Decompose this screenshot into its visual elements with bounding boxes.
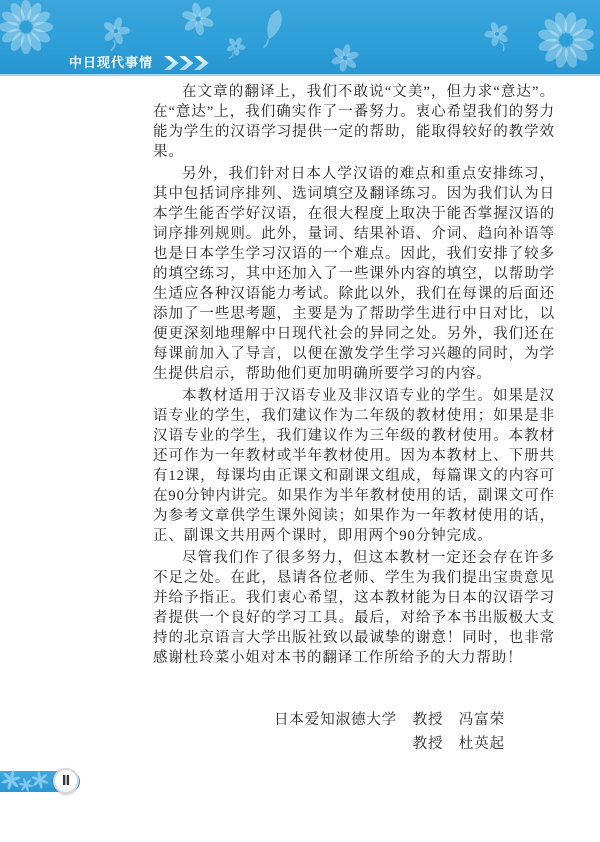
preface-paragraph: 尽管我们作了很多努力，但这本教材一定还会存在许多不足之处。在此，恳请各位老师、学… [153,548,555,668]
flower-icon [0,768,23,792]
page-number-badge: Ⅱ [53,768,79,794]
preface-body: 在文章的翻译上，我们不敢说“文美”，但力求“意达”。在“意达”上，我们确实作了一… [153,82,555,756]
flower-icon [97,14,134,55]
preface-paragraph: 另外，我们针对日本人学汉语的难点和重点安排练习，其中包括词序排列、选词填空及翻译… [153,164,555,384]
preface-paragraph: 在文章的翻译上，我们不敢说“文美”，但力求“意达”。在“意达”上，我们确实作了一… [153,82,555,162]
flower-icon [179,0,217,38]
flower-icon [328,41,361,74]
signature-block: 日本爱知淑德大学 教授 冯富荣 教授 杜英起 [153,708,555,756]
leaf-icon [260,8,285,51]
series-title-row: 中日现代事情 [69,55,210,71]
flower-icon [30,770,49,790]
triple-chevron-right-icon [164,56,210,70]
flower-icon [531,5,600,74]
flower-icon [480,18,515,57]
series-title: 中日现代事情 [69,56,153,70]
signature-line: 日本爱知淑德大学 教授 冯富荣 [153,708,505,732]
flower-icon [220,32,250,63]
flower-icon [0,0,53,54]
signature-line: 教授 杜英起 [153,732,505,756]
page-number: Ⅱ [62,774,71,789]
preface-paragraph: 本教材适用于汉语专业及非汉语专业的学生。如果是汉语专业的学生，我们建议作为二年级… [153,386,555,546]
header-band: 中日现代事情 [0,0,600,76]
